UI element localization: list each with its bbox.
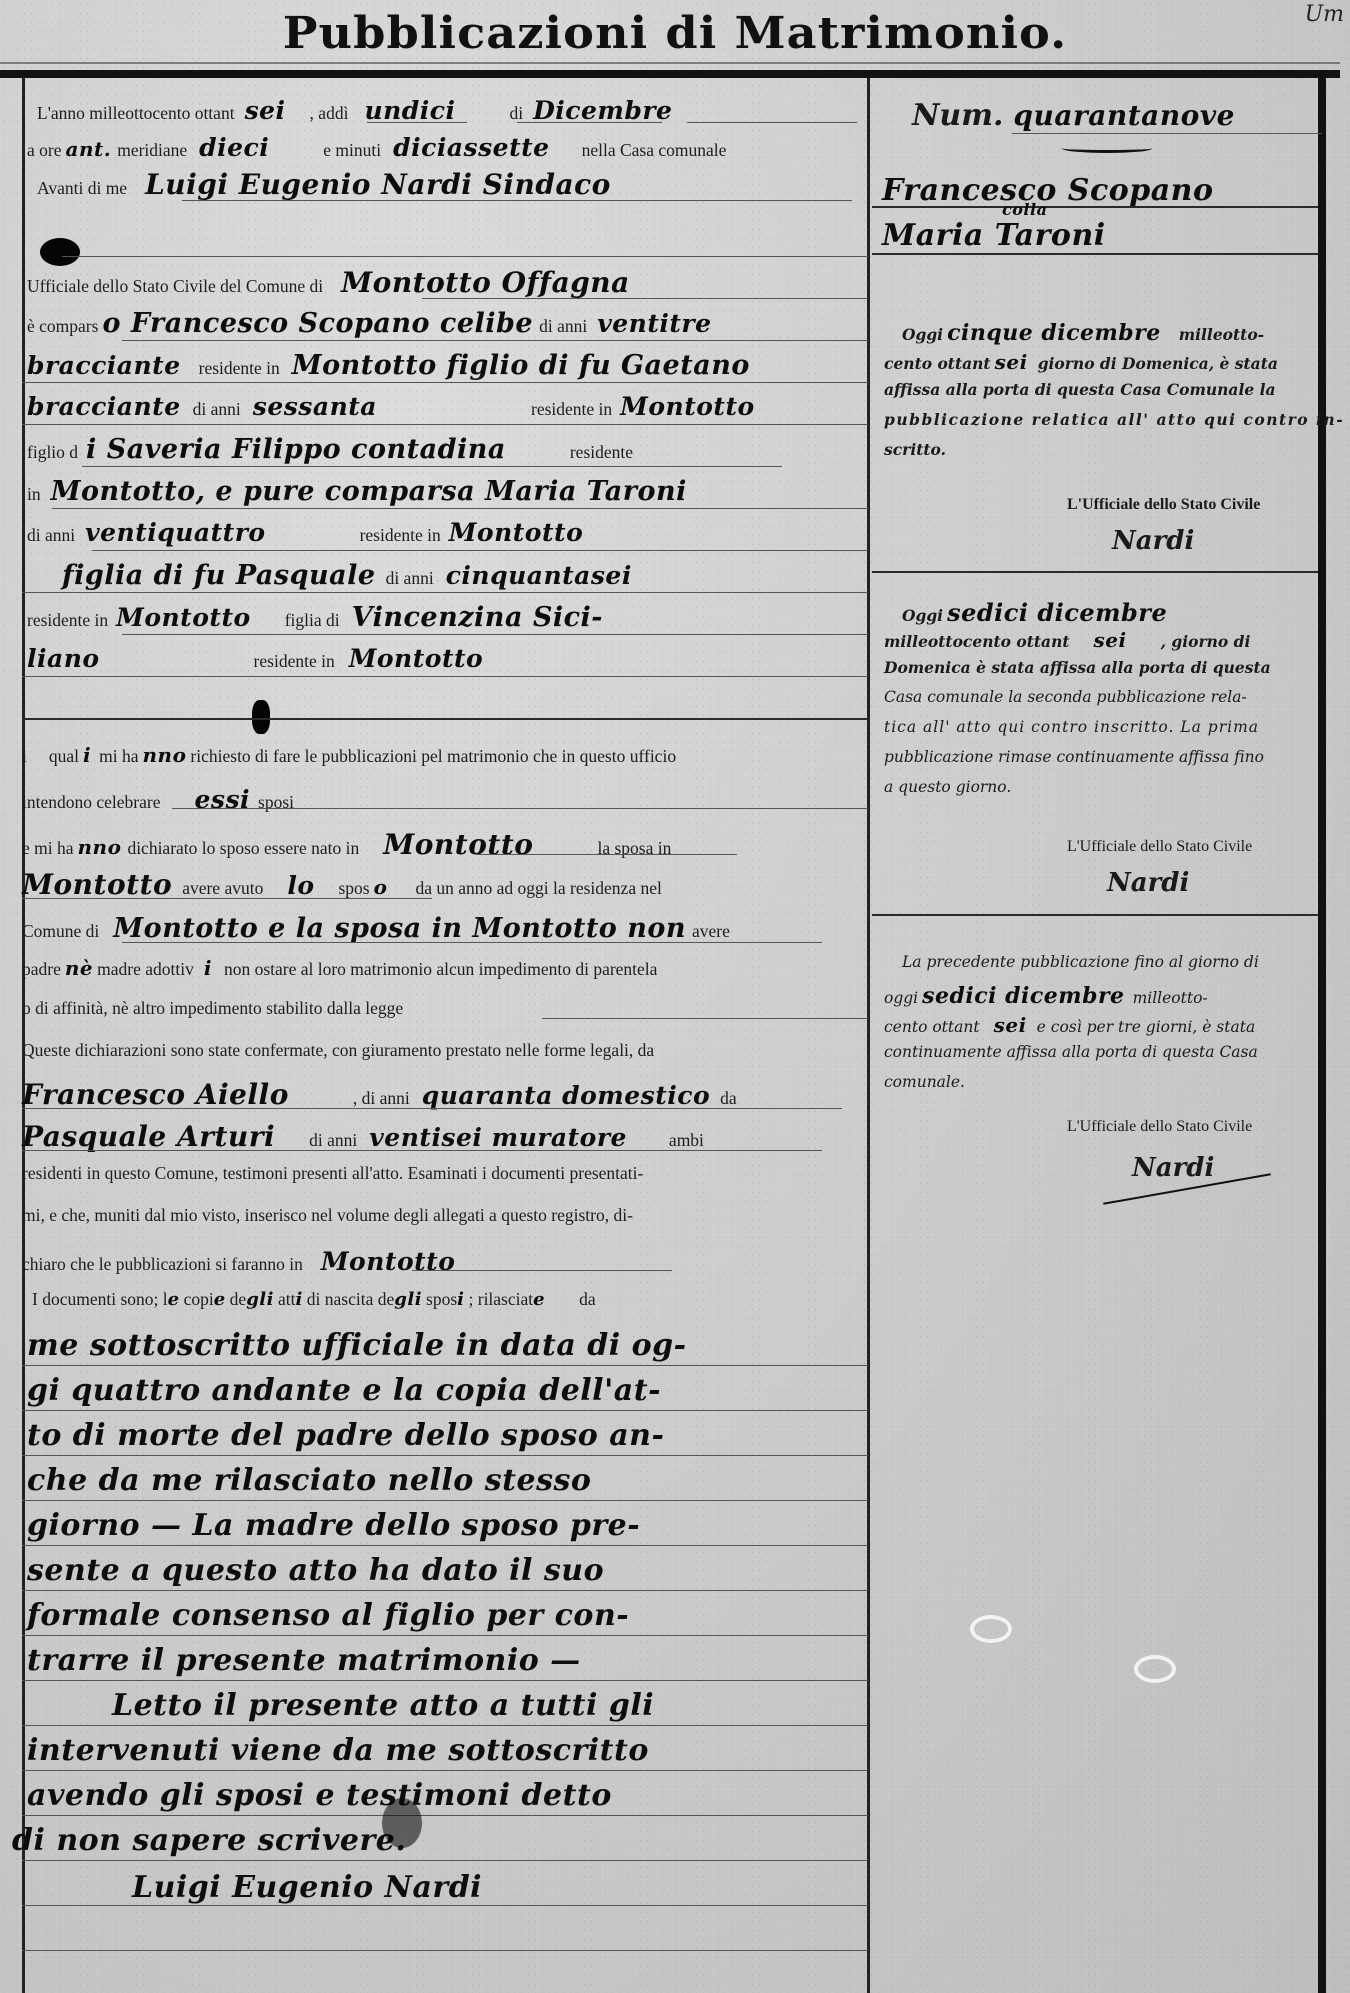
documents-visto-line: mi, e che, muniti dal mio visto, inseris… [22,1205,868,1226]
publication-place-line: chiaro che le pubblicazioni si faranno i… [22,1247,868,1276]
hw-day: undici [364,96,455,125]
paper-hole-mark [1134,1655,1176,1683]
paper-hole-mark [970,1615,1012,1643]
hw-witness-2: Pasquale Arturi [22,1120,275,1153]
flourish [1062,144,1152,153]
documents-line: I documenti sono; le copie degli atti di… [32,1289,868,1310]
record-line-groom-mother: figlio d i Saveria Filippo contadina res… [27,434,868,465]
hw-bride: Montotto, e pure comparsa Maria Taroni [51,476,687,507]
record-line-comune: Ufficiale dello Stato Civile del Comune … [27,266,868,299]
document-title: Pubblicazioni di Matrimonio. [0,8,1350,59]
comune-residence-line: Comune di Montotto e la sposa in Montott… [22,913,868,944]
oath-line: Queste dichiarazioni sono state conferma… [22,1040,868,1061]
publication-notes-column: Num. quarantanove Francesco Scopano coll… [872,78,1322,1993]
witness-1-line: Francesco Aiello , di anni quaranta dome… [22,1078,868,1111]
hw-officer-name: Luigi Eugenio Nardi Sindaco [145,168,611,201]
main-record-column: L'anno milleottocento ottant sei , addì … [22,78,868,1993]
record-line-groom: è compars o Francesco Scopano celibe di … [27,308,868,339]
record-line-time: a ore ant. meridiane dieci e minuti dici… [27,133,868,162]
record-line-groom-residence: bracciante residente in Montotto figlio … [27,350,868,381]
birthplace-line: e mi ha nno dichiarato lo sposo essere n… [22,828,868,861]
record-line-bride-age: di anni ventiquattro residente in Montot… [27,518,868,547]
record-line-year: L'anno milleottocento ottant sei , addì … [37,96,868,125]
hw-groom: o Francesco Scopano celibe [102,308,533,339]
record-line-bride: in Montotto, e pure comparsa Maria Taron… [27,476,868,507]
corner-handwritten-note: Um [1305,2,1344,27]
record-line-bride-mother: residente in Montotto figlia di Vincenzi… [27,602,868,633]
ink-blot [252,700,270,734]
ink-blot [40,238,80,266]
record-line-groom-father: bracciante di anni sessanta residente in… [27,392,868,421]
record-line-bride-mother-residence: liano residente in Montotto [27,644,868,673]
witness-2-line: Pasquale Arturi di anni ventisei murator… [22,1120,868,1153]
hw-year: sei [245,96,286,125]
affinity-line: o di affinità, nè altro impedimento stab… [22,998,868,1019]
officer-signature: Nardi [1132,1153,1214,1183]
impediment-line: padre nè madre adottiv i non ostare al l… [22,956,868,980]
record-number: Num. quarantanove [912,98,1235,133]
hw-record-number: quarantanove [1013,99,1235,132]
ink-smudge [382,1798,422,1848]
frame-top-thin-rule [0,62,1340,64]
officer-signature: Nardi [1107,868,1189,898]
hw-month: Dicembre [533,96,672,125]
residence-line: Montotto avere avuto lo spos o da un ann… [22,868,868,901]
residents-line: residenti in questo Comune, testimoni pr… [22,1163,868,1184]
record-line-officer: Avanti di me Luigi Eugenio Nardi Sindaco [37,168,868,201]
hw-groom-name: Francesco Scopano [882,173,1213,208]
request-line: i qual i mi ha nno richiesto di fare le … [22,743,868,767]
frame-top-border [0,70,1340,78]
hw-bride-name: Maria Taroni [882,218,1106,253]
officer-signature: Nardi [1112,526,1194,556]
hw-witness-1: Francesco Aiello [22,1078,289,1111]
record-line-bride-father: figlia di fu Pasquale di anni cinquantas… [62,560,868,591]
intention-line: intendono celebrare essi sposi [22,785,868,814]
officer-signature: Luigi Eugenio Nardi [132,1870,868,1905]
